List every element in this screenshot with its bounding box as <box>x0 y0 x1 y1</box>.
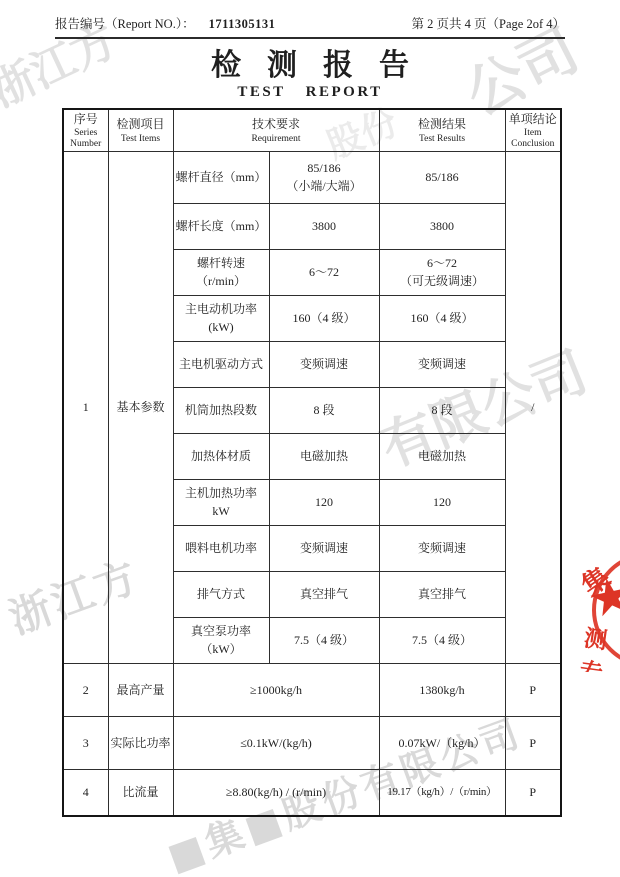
page-subtitle: TEST REPORT <box>0 84 620 101</box>
table-row: 2 最高产量 ≥1000kg/h 1380kg/h P <box>63 664 561 717</box>
requirement-line1: 85/186 <box>272 160 377 177</box>
param-cell: 主电动机功率(kW) <box>173 296 269 342</box>
conclusion-cell: P <box>505 717 561 770</box>
param-cell: 主机加热功率 kW <box>173 480 269 526</box>
requirement-cell: 3800 <box>269 204 379 250</box>
param-cell: 排气方式 <box>173 572 269 618</box>
result-cell: 160（4 级） <box>379 296 505 342</box>
header-test-items: 检测项目 Test Items <box>108 109 173 152</box>
header-series-en: Series Number <box>66 128 106 150</box>
star-icon: ★ <box>583 568 620 626</box>
header-conclusion-cn: 单项结论 <box>508 111 559 128</box>
header-test-results: 检测结果 Test Results <box>379 109 505 152</box>
test-item-cell: 基本参数 <box>108 152 173 664</box>
table-row: 4 比流量 ≥8.80(kg/h) / (r/min) 19.17（kg/h）/… <box>63 770 561 816</box>
report-header: 报告编号（Report NO.）：1711305131 第 2 页共 4 页（P… <box>55 14 565 39</box>
conclusion-cell: / <box>505 152 561 664</box>
header-test-results-cn: 检测结果 <box>382 116 503 133</box>
result-cell: 19.17（kg/h）/（r/min） <box>379 770 505 816</box>
param-cell: 螺杆转速（r/min） <box>173 250 269 296</box>
requirement-cell: 变频调速 <box>269 526 379 572</box>
test-item-cell: 比流量 <box>108 770 173 816</box>
report-number-value: 1711305131 <box>209 17 276 31</box>
conclusion-cell: P <box>505 770 561 816</box>
requirement-cell: 7.5（4 级） <box>269 618 379 664</box>
header-test-items-cn: 检测项目 <box>111 116 171 133</box>
requirement-cell: ≤0.1kW/(kg/h) <box>173 717 379 770</box>
seal-ring-icon <box>592 552 620 668</box>
header-requirement: 技术要求 Requirement <box>173 109 379 152</box>
requirement-cell: 6～72 <box>269 250 379 296</box>
page-indicator: 第 2 页共 4 页（Page 2of 4） <box>412 14 565 32</box>
header-series: 序号 Series Number <box>63 109 108 152</box>
result-line1: 6～72 <box>382 255 503 272</box>
requirement-cell: 电磁加热 <box>269 434 379 480</box>
result-cell: 7.5（4 级） <box>379 618 505 664</box>
result-cell: 8 段 <box>379 388 505 434</box>
requirement-cell: 8 段 <box>269 388 379 434</box>
param-cell: 螺杆直径（mm） <box>173 152 269 204</box>
report-number-group: 报告编号（Report NO.）：1711305131 <box>55 14 275 32</box>
param-cell: 螺杆长度（mm） <box>173 204 269 250</box>
result-cell: 6～72 （可无级调速） <box>379 250 505 296</box>
param-cell: 喂料电机功率 <box>173 526 269 572</box>
param-cell: 真空泵功率（kW） <box>173 618 269 664</box>
series-cell: 4 <box>63 770 108 816</box>
param-cell: 机筒加热段数 <box>173 388 269 434</box>
report-page: 浙江方 公司 股份 浙江方 有限公司 ■集■股份有限公司 报告编号（Report… <box>0 0 620 877</box>
result-cell: 1380kg/h <box>379 664 505 717</box>
header-conclusion-en: Item Conclusion <box>508 128 559 150</box>
requirement-cell: 变频调速 <box>269 342 379 388</box>
result-cell: 变频调速 <box>379 526 505 572</box>
requirement-cell: 85/186 （小端/大端） <box>269 152 379 204</box>
param-cell: 加热体材质 <box>173 434 269 480</box>
result-cell: 0.07kW/（kg/h） <box>379 717 505 770</box>
header-conclusion: 单项结论 Item Conclusion <box>505 109 561 152</box>
result-cell: 3800 <box>379 204 505 250</box>
result-line2: （可无级调速） <box>382 273 503 290</box>
series-cell: 3 <box>63 717 108 770</box>
requirement-cell: 160（4 级） <box>269 296 379 342</box>
result-cell: 120 <box>379 480 505 526</box>
seal-bottom-text: 测专 <box>578 620 620 672</box>
requirement-line2: （小端/大端） <box>272 178 377 195</box>
requirement-cell: ≥1000kg/h <box>173 664 379 717</box>
header-requirement-en: Requirement <box>176 134 377 145</box>
test-item-cell: 最高产量 <box>108 664 173 717</box>
page-title: 检测报告 <box>0 40 620 84</box>
company-seal: 集 ★ 测专 <box>572 546 620 672</box>
header-test-results-en: Test Results <box>382 134 503 145</box>
requirement-cell: 120 <box>269 480 379 526</box>
test-results-table: 序号 Series Number 检测项目 Test Items 技术要求 Re… <box>62 108 562 817</box>
conclusion-cell: P <box>505 664 561 717</box>
param-cell: 主电机驱动方式 <box>173 342 269 388</box>
requirement-cell: ≥8.80(kg/h) / (r/min) <box>173 770 379 816</box>
header-test-items-en: Test Items <box>111 134 171 145</box>
result-cell: 变频调速 <box>379 342 505 388</box>
seal-top-text: 集 <box>572 556 616 603</box>
table-row: 1 基本参数 螺杆直径（mm） 85/186 （小端/大端） 85/186 / <box>63 152 561 204</box>
series-cell: 1 <box>63 152 108 664</box>
header-requirement-cn: 技术要求 <box>176 116 377 133</box>
table-row: 3 实际比功率 ≤0.1kW/(kg/h) 0.07kW/（kg/h） P <box>63 717 561 770</box>
requirement-cell: 真空排气 <box>269 572 379 618</box>
result-cell: 电磁加热 <box>379 434 505 480</box>
table-header-row: 序号 Series Number 检测项目 Test Items 技术要求 Re… <box>63 109 561 152</box>
result-cell: 真空排气 <box>379 572 505 618</box>
report-number-label: 报告编号（Report NO.）： <box>55 17 195 31</box>
test-item-cell: 实际比功率 <box>108 717 173 770</box>
series-cell: 2 <box>63 664 108 717</box>
result-cell: 85/186 <box>379 152 505 204</box>
header-series-cn: 序号 <box>66 111 106 128</box>
